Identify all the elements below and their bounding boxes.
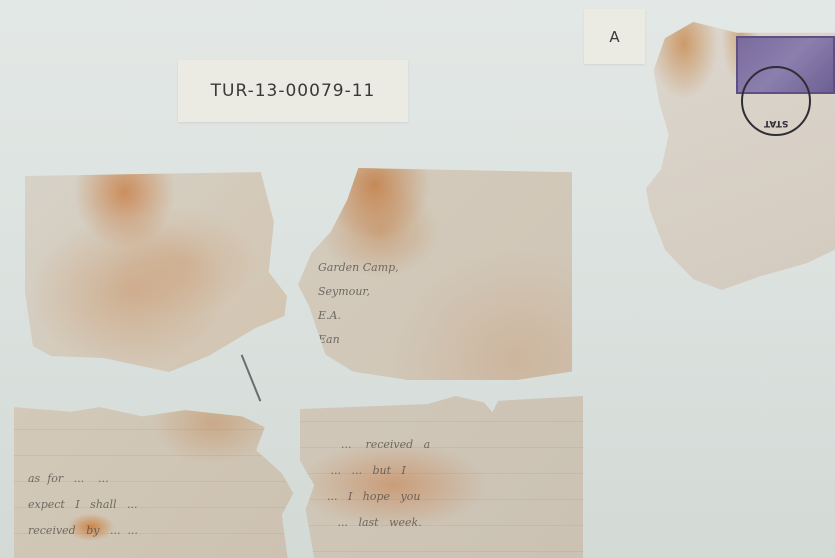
- item-letter-text: A: [609, 28, 619, 46]
- catalog-number-text: TUR-13-00079-11: [211, 81, 376, 101]
- catalog-number-label: TUR-13-00079-11: [178, 60, 408, 122]
- envelope-fragment: STAT: [646, 22, 835, 290]
- letter-fragment-bottom-left: as for ... ... expect I shall ... receiv…: [14, 404, 299, 558]
- item-letter-label: A: [584, 9, 645, 64]
- letter-fragment-bottom-middle: ... received a ... ... but I ... I hope …: [300, 396, 583, 558]
- archival-photo: TUR-13-00079-11 A Garden Camp, Seymour, …: [0, 0, 835, 558]
- pencil-mark: [241, 354, 262, 401]
- postmark-text: STAT: [764, 118, 788, 128]
- address-handwriting: Garden Camp, Seymour, E.A. Ean: [318, 256, 399, 352]
- letter-handwriting: ... received a ... ... but I ... I hope …: [320, 432, 430, 536]
- stained-fragment-top-left: [25, 172, 287, 372]
- address-fragment: Garden Camp, Seymour, E.A. Ean: [298, 168, 572, 380]
- letter-handwriting: as for ... ... expect I shall ... receiv…: [28, 466, 138, 544]
- paper-texture: [25, 172, 287, 372]
